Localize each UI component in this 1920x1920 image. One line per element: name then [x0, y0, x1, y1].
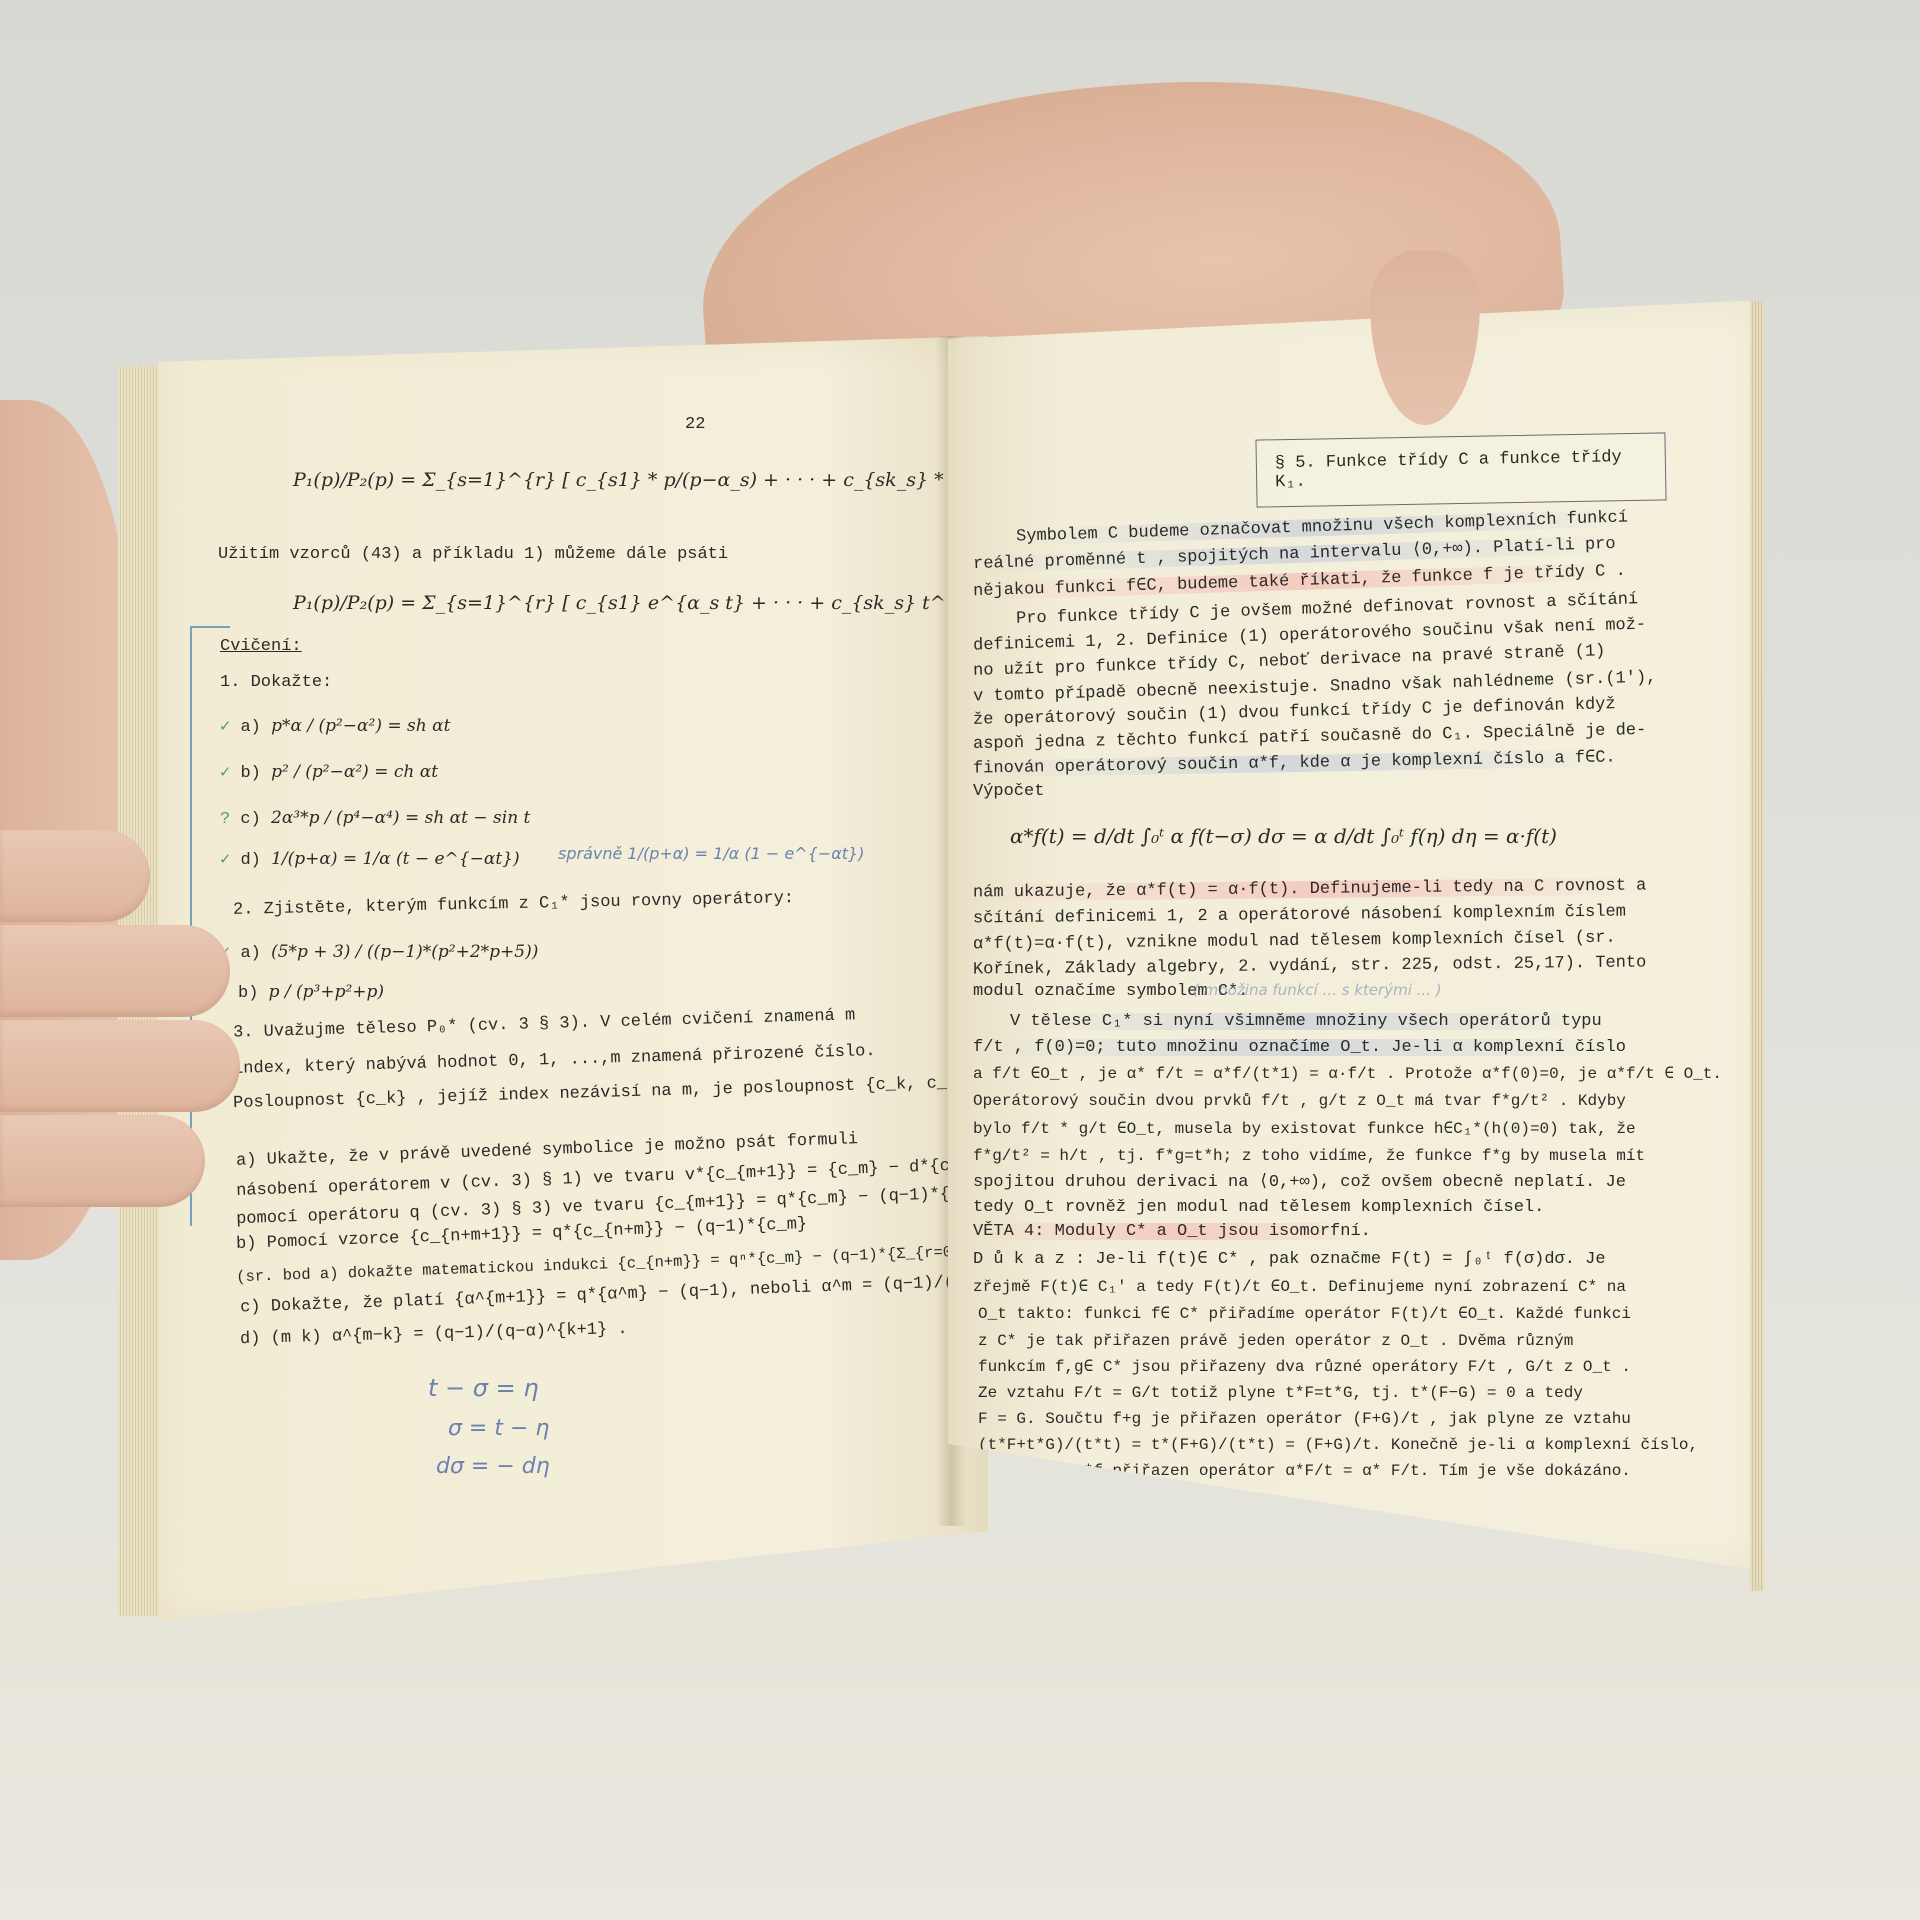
finger — [0, 925, 230, 1017]
intro-line: Užitím vzorců (43) a příkladu 1) můžeme … — [218, 546, 728, 563]
exercise-3-line: index, který nabývá hodnot 0, 1, ...,m z… — [233, 1043, 876, 1078]
theorem-statement: VĚTA 4: Moduly C* a O_t jsou isomorfní. — [973, 1223, 1371, 1240]
exercise-3-part: d) (m k) α^{m−k} = (q−1)/(q−α)^{k+1} . — [240, 1321, 628, 1348]
page-stack-right — [1750, 301, 1764, 1591]
right-page[interactable]: 23 § 5. Funkce třídy C a funkce třídy K₁… — [948, 301, 1763, 1571]
section-title: § 5. Funkce třídy C a funkce třídy K₁. — [1275, 448, 1622, 492]
question-mark-icon: ? — [220, 810, 230, 829]
list-item: ✓ b) p² / (p²−α²) = ch αt — [220, 764, 438, 782]
exercise-3-line: 3. Uvažujme těleso P₀* (cv. 3 § 3). V ce… — [233, 1007, 856, 1041]
check-mark-icon: ✓ — [220, 718, 230, 737]
exercise-3-line: Posloupnost {c_k} , jejíž index nezávisí… — [233, 1073, 1029, 1112]
list-item: ✓ a) (5*p + 3) / ((p−1)*(p²+2*p+5)) — [220, 944, 538, 962]
list-item: ? c) 2α³*p / (p⁴−α⁴) = sh αt − sin t — [220, 810, 530, 828]
exercise-1-title: 1. Dokažte: — [220, 674, 332, 691]
page-number: 22 — [685, 416, 705, 433]
check-mark-icon: ✓ — [220, 764, 230, 783]
finger — [0, 1115, 205, 1207]
finger — [0, 1020, 240, 1112]
exercises-heading: Cvičení: — [220, 638, 302, 655]
finger — [0, 830, 150, 922]
margin-note-correction: správně 1/(p+α) = 1/α (1 − e^{−αt}) — [558, 846, 864, 862]
display-formula: α*f(t) = d/dt ∫₀ᵗ α f(t−σ) dσ = α d/dt ∫… — [1010, 826, 1557, 846]
left-page[interactable]: 22 P₁(p)/P₂(p) = Σ_{s=1}^{r} [ c_{s1} * … — [158, 336, 988, 1621]
margin-note-pencil: ( množina funkcí ... s kterými ... ) — [1193, 983, 1442, 998]
open-book: 22 P₁(p)/P₂(p) = Σ_{s=1}^{r} [ c_{s1} * … — [118, 296, 1768, 1626]
left-hand-fingers — [0, 830, 260, 1230]
list-item: ✓ a) p*α / (p²−α²) = sh αt — [220, 718, 450, 736]
section-title-box: § 5. Funkce třídy C a funkce třídy K₁. — [1255, 432, 1666, 507]
list-item: ✓ d) 1/(p+α) = 1/α (t − e^{−αt}) — [220, 851, 520, 869]
exercise-2-title: 2. Zjistěte, kterým funkcím z C₁* jsou r… — [233, 890, 794, 919]
